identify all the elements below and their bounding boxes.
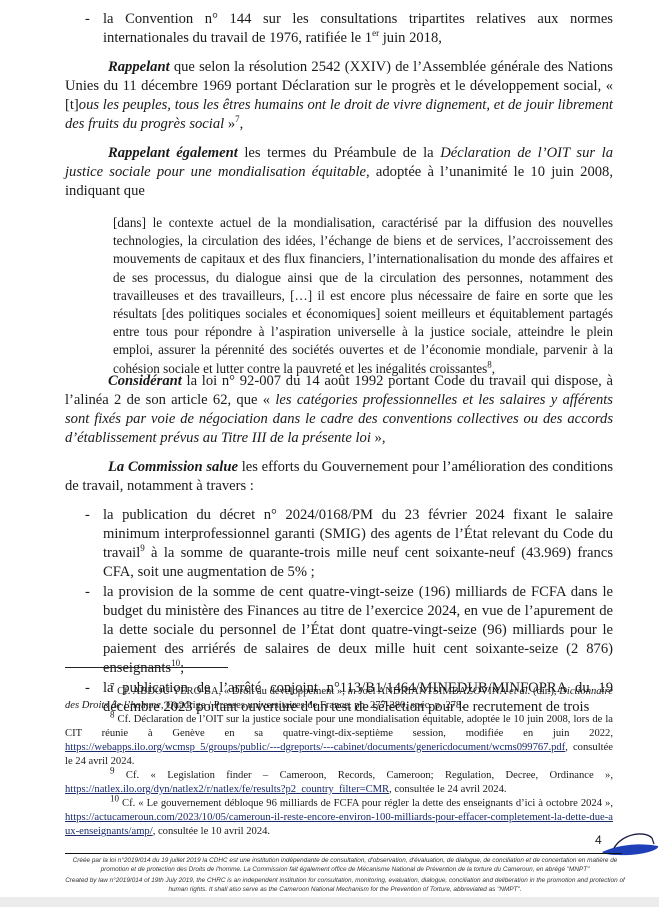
paragraph-commission-salue: La Commission salue les efforts du Gouve… [65, 458, 613, 496]
footnote-10: 10 Cf. « Le gouvernement débloque 96 mil… [65, 797, 613, 839]
footnotes: 7 Cf. ABDOU YERO BA, « Droit au développ… [65, 685, 613, 839]
bullet-dash: - [85, 10, 90, 29]
bullet-dash: - [85, 583, 90, 602]
bullet-convention-144: - la Convention n° 144 sur les consultat… [65, 10, 613, 48]
paragraph-considerant: Considérant la loi n° 92-007 du 14 août … [65, 372, 613, 448]
bullet-provision-196: - la provision de la somme de cent quatr… [65, 583, 613, 678]
viewer-bottom-edge [0, 897, 659, 907]
body-section-top: - la Convention n° 144 sur les consultat… [65, 10, 613, 201]
bullet-dash: - [85, 506, 90, 525]
bullet-decret-smig: - la publication du décret n° 2024/0168/… [65, 506, 613, 582]
paragraph-rappelant: Rappelant que selon la résolution 2542 (… [65, 58, 613, 134]
body-section-middle: Considérant la loi n° 92-007 du 14 août … [65, 372, 613, 717]
document-page: - la Convention n° 144 sur les consultat… [0, 0, 659, 897]
footnote-8-link[interactable]: https://webapps.ilo.org/wcmsp_5/groups/p… [65, 742, 565, 753]
footer-text-english: Created by law n°2019/014 of 19th July 2… [60, 876, 630, 894]
footnote-10-link[interactable]: https://actucameroun.com/2023/10/05/came… [65, 812, 613, 837]
block-quote: [dans] le contexte actuel de la mondiali… [113, 214, 613, 378]
footnote-separator [65, 667, 228, 668]
footer-text-french: Créée par la loi n°2019/014 du 19 juille… [60, 856, 630, 874]
footnote-7: 7 Cf. ABDOU YERO BA, « Droit au développ… [65, 685, 613, 713]
footnote-9: 9 Cf. « Legislation finder – Cameroon, R… [65, 769, 613, 797]
footnote-8: 8 Cf. Déclaration de l’OIT sur la justic… [65, 713, 613, 769]
footer-separator [65, 853, 622, 854]
paragraph-rappelant-egalement: Rappelant également les termes du Préamb… [65, 144, 613, 201]
